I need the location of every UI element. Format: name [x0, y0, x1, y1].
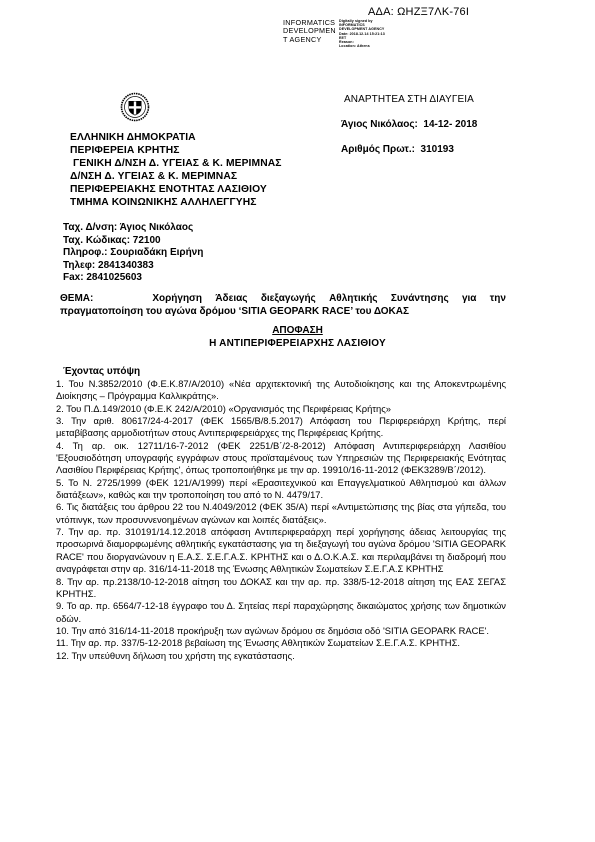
place-date: Άγιος Νικόλαος: 14-12- 2018: [341, 119, 477, 130]
issuer-line: Δ/ΝΣΗ Δ. ΥΓΕΙΑΣ & Κ. ΜΕΡΙΜΝΑΣ: [70, 170, 282, 183]
list-item: 9. Το αρ. πρ. 6564/7-12-18 έγγραφο του Δ…: [56, 600, 506, 625]
issuer-line: ΓΕΝΙΚΗ Δ/ΝΣΗ Δ. ΥΓΕΙΑΣ & Κ. ΜΕΡΙΜΝΑΣ: [70, 157, 282, 170]
issuer-line: ΠΕΡΙΦΕΡΕΙΑΚΗΣ ΕΝΟΤΗΤΑΣ ΛΑΣΙΘΙΟΥ: [70, 183, 282, 196]
list-item: 2. Του Π.Δ.149/2010 (Φ.Ε.Κ 242/Α/2010) «…: [56, 403, 506, 415]
digital-signature-stamp-name: INFORMATICS DEVELOPMEN T AGENCY: [283, 19, 336, 44]
list-item: 7. Την αρ. πρ. 310191/14.12.2018 απόφαση…: [56, 526, 506, 575]
stamp-detail-line: Location: Athens: [339, 44, 385, 48]
stamp-detail-line: DEVELOPMENT AGENCY: [339, 27, 385, 31]
subject-word: διεξαγωγής: [261, 292, 316, 305]
protocol-label: Αριθμός Πρωτ.:: [341, 144, 415, 155]
list-item: 12. Την υπεύθυνη δήλωση του χρήστη της ε…: [56, 650, 506, 662]
contact-info: Πληροφ.: Σουριαδάκη Ειρήνη: [63, 247, 203, 260]
subject-word: Συνάντησης: [391, 292, 449, 305]
subject-line-2: πραγματοποίηση του αγώνα δρόμου ‘SITIA G…: [60, 305, 506, 318]
considerations-list: 1. Του Ν.3852/2010 (Φ.Ε.Κ.87/Α/2010) «Νέ…: [56, 378, 506, 662]
list-item: 11. Την αρ. πρ. 337/5-12-2018 βεβαίωση τ…: [56, 637, 506, 649]
ada-code: ΑΔΑ: ΩΗΖΞ7ΛΚ-76Ι: [368, 6, 469, 18]
protocol-value: 310193: [421, 144, 454, 155]
diavgeia-notice: ΑΝΑΡΤΗΤΕΑ ΣΤΗ ΔΙΑΥΓΕΙΑ: [344, 94, 474, 105]
list-item: 6. Τις διατάξεις του άρθρου 22 του Ν.404…: [56, 501, 506, 526]
protocol-number: Αριθμός Πρωτ.: 310193: [341, 144, 454, 155]
document-date: 14-12- 2018: [423, 119, 477, 130]
subject-word: την: [490, 292, 506, 305]
digital-signature-stamp-details: Digitally signed by INFORMATICS DEVELOPM…: [339, 19, 385, 48]
subject-word: Χορήγηση: [152, 292, 202, 305]
place-label: Άγιος Νικόλαος:: [341, 119, 418, 130]
subject-label: ΘΕΜΑ:: [60, 292, 139, 305]
decision-authority: Η ΑΝΤΙΠΕΡΙΦΕΡΕΙΑΡΧΗΣ ΛΑΣΙΘΙΟΥ: [0, 338, 595, 349]
contact-address: Ταχ. Δ/νση: Άγιος Νικόλαος: [63, 222, 203, 235]
subject-line-1: ΘΕΜΑ: Χορήγηση Άδειας διεξαγωγής Αθλητικ…: [60, 292, 506, 305]
issuer-line: ΠΕΡΙΦΕΡΕΙΑ ΚΡΗΤΗΣ: [70, 144, 282, 157]
contact-block: Ταχ. Δ/νση: Άγιος Νικόλαος Ταχ. Κώδικας:…: [63, 222, 203, 285]
subject-word: Αθλητικής: [329, 292, 377, 305]
contact-phone: Τηλεφ: 2841340383: [63, 260, 203, 273]
list-item: 1. Του Ν.3852/2010 (Φ.Ε.Κ.87/Α/2010) «Νέ…: [56, 378, 506, 403]
subject-word: για: [462, 292, 477, 305]
subject-word: Άδειας: [215, 292, 247, 305]
stamp-line: T AGENCY: [283, 36, 336, 44]
contact-postal-code: Ταχ. Κώδικας: 72100: [63, 235, 203, 248]
list-item: 4. Τη αρ. οικ. 12711/16-7-2012 (ΦΕΚ 2251…: [56, 440, 506, 477]
list-item: 10. Την από 316/14-11-2018 προκήρυξη των…: [56, 625, 506, 637]
list-item: 8. Την αρ. πρ.2138/10-12-2018 αίτηση του…: [56, 576, 506, 601]
contact-fax: Fax: 2841025603: [63, 272, 203, 285]
decision-title: ΑΠΟΦΑΣΗ: [0, 325, 595, 336]
list-item: 3. Την αριθ. 80617/24-4-2017 (ΦΕΚ 1565/Β…: [56, 415, 506, 440]
issuer-line: ΤΜΗΜΑ ΚΟΙΝΩΝΙΚΗΣ ΑΛΛΗΛΕΓΓΥΗΣ: [70, 196, 282, 209]
issuing-authority: ΕΛΛΗΝΙΚΗ ΔΗΜΟΚΡΑΤΙΑ ΠΕΡΙΦΕΡΕΙΑ ΚΡΗΤΗΣ ΓΕ…: [70, 131, 282, 209]
considering-label: Έχοντας υπόψη: [63, 366, 140, 377]
subject-block: ΘΕΜΑ: Χορήγηση Άδειας διεξαγωγής Αθλητικ…: [60, 292, 506, 318]
issuer-line: ΕΛΛΗΝΙΚΗ ΔΗΜΟΚΡΑΤΙΑ: [70, 131, 282, 144]
greek-state-emblem-icon: [120, 92, 150, 122]
list-item: 5. Το Ν. 2725/1999 (ΦΕΚ 121/Α/1999) περί…: [56, 477, 506, 502]
